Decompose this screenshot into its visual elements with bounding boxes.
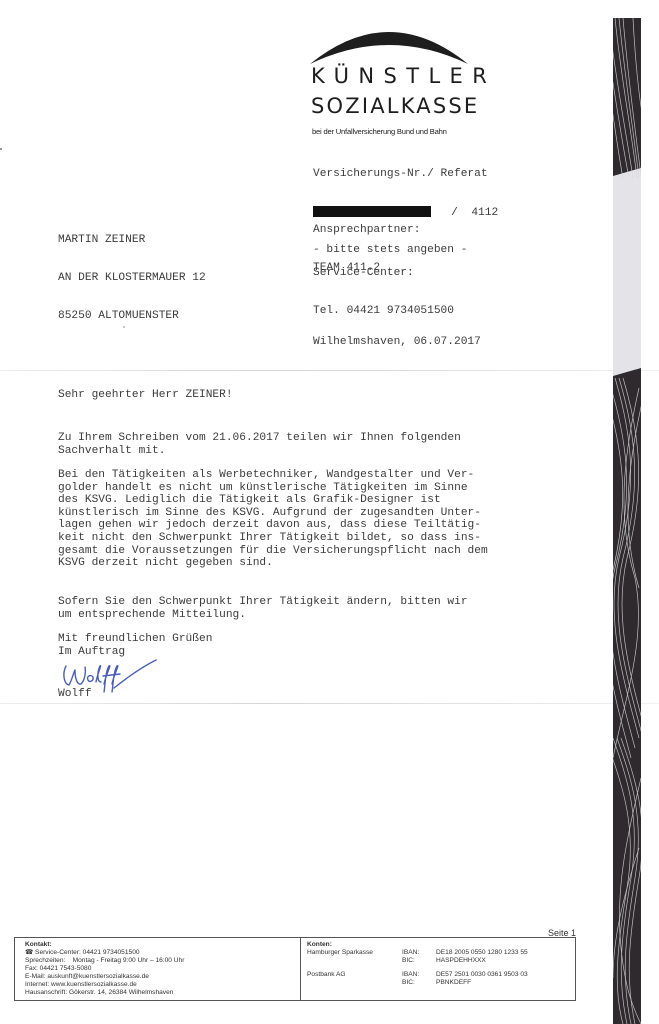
service-center-block: Service-Center: Tel. 04421 9734051500	[313, 242, 454, 330]
bank-account: Hamburger Sparkasse IBAN: DE18 2005 0550…	[307, 949, 575, 965]
recipient-street: AN DER KLOSTERMAUER 12	[58, 272, 206, 285]
reference-label: Versicherungs-Nr./ Referat	[313, 168, 498, 181]
footer-contact: Kontakt: ☎ Service-Center: 04421 9734051…	[15, 938, 301, 1000]
footer-fax: Fax: 04421 7543-5080	[25, 965, 300, 973]
scan-speck	[0, 148, 2, 150]
scan-speck	[123, 326, 125, 328]
date-line: Wilhelmshaven, 06.07.2017	[313, 336, 481, 349]
telephone-icon: ☎	[25, 949, 35, 956]
department-number: 4112	[471, 207, 498, 219]
bic-label: BIC:	[402, 979, 436, 987]
footer-contact-title: Kontakt:	[25, 941, 300, 949]
arc-logo-icon	[306, 18, 472, 68]
recipient-address: MARTIN ZEINER AN DER KLOSTERMAUER 12 852…	[58, 209, 206, 335]
contact-person-label: Ansprechpartner:	[313, 224, 420, 237]
bic-value: HASPDEHHXXX	[436, 957, 575, 965]
iban-value: DE57 2501 0030 0361 9503 03	[436, 971, 575, 979]
iban-label: IBAN:	[402, 949, 436, 957]
body-paragraph: Bei den Tätigkeiten als Werbetechniker, …	[58, 469, 488, 570]
closing: Mit freundlichen Grüßen Im Auftrag	[58, 633, 212, 658]
reference-separator: /	[451, 207, 458, 219]
footer-box: Kontakt: ☎ Service-Center: 04421 9734051…	[14, 937, 576, 1001]
iban-value: DE18 2005 0550 1280 1233 55	[436, 949, 575, 957]
footer-office-hours: Sprechzeiten: Montag - Freitag 9:00 Uhr …	[25, 957, 300, 965]
iban-label: IBAN:	[402, 971, 436, 979]
fold-line	[0, 370, 659, 371]
footer-website: Internet: www.kuenstlersozialkasse.de	[25, 981, 300, 989]
bank-account: Postbank AG IBAN: DE57 2501 0030 0361 95…	[307, 971, 575, 987]
bic-value: PBNKDEFF	[436, 979, 575, 987]
footer-accounts: Konten: Hamburger Sparkasse IBAN: DE18 2…	[301, 938, 575, 1000]
recipient-city: 85250 ALTOMUENSTER	[58, 310, 206, 323]
brand-subtitle: bei der Unfallversicherung Bund und Bahn	[312, 127, 447, 136]
footer-email: E-Mail: auskunft@kuenstlersozialkasse.de	[25, 973, 300, 981]
footer-accounts-title: Konten:	[307, 941, 575, 949]
bank-name: Postbank AG	[307, 971, 402, 979]
fold-line	[0, 703, 659, 704]
salutation: Sehr geehrter Herr ZEINER!	[58, 389, 233, 402]
body-paragraph: Sofern Sie den Schwerpunkt Ihrer Tätigke…	[58, 596, 468, 621]
decorative-stripe	[613, 18, 641, 1024]
service-center-phone: Tel. 04421 9734051500	[313, 305, 454, 318]
bic-label: BIC:	[402, 957, 436, 965]
signer-name: Wolff	[58, 688, 92, 701]
body-paragraph: Zu Ihrem Schreiben vom 21.06.2017 teilen…	[58, 432, 461, 457]
footer-service-line: ☎ Service-Center: 04421 9734051500	[25, 949, 300, 957]
brand-name-line2: SOZIALKASSE	[311, 94, 479, 118]
service-center-label: Service-Center:	[313, 267, 454, 280]
recipient-name: MARTIN ZEINER	[58, 234, 206, 247]
bank-name: Hamburger Sparkasse	[307, 949, 402, 957]
footer-service-center: Service-Center: 04421 9734051500	[35, 949, 139, 956]
brand-name-line1: KÜNSTLER	[311, 64, 496, 88]
footer-address: Hausanschrift: Gökerstr. 14, 26384 Wilhe…	[25, 989, 300, 997]
